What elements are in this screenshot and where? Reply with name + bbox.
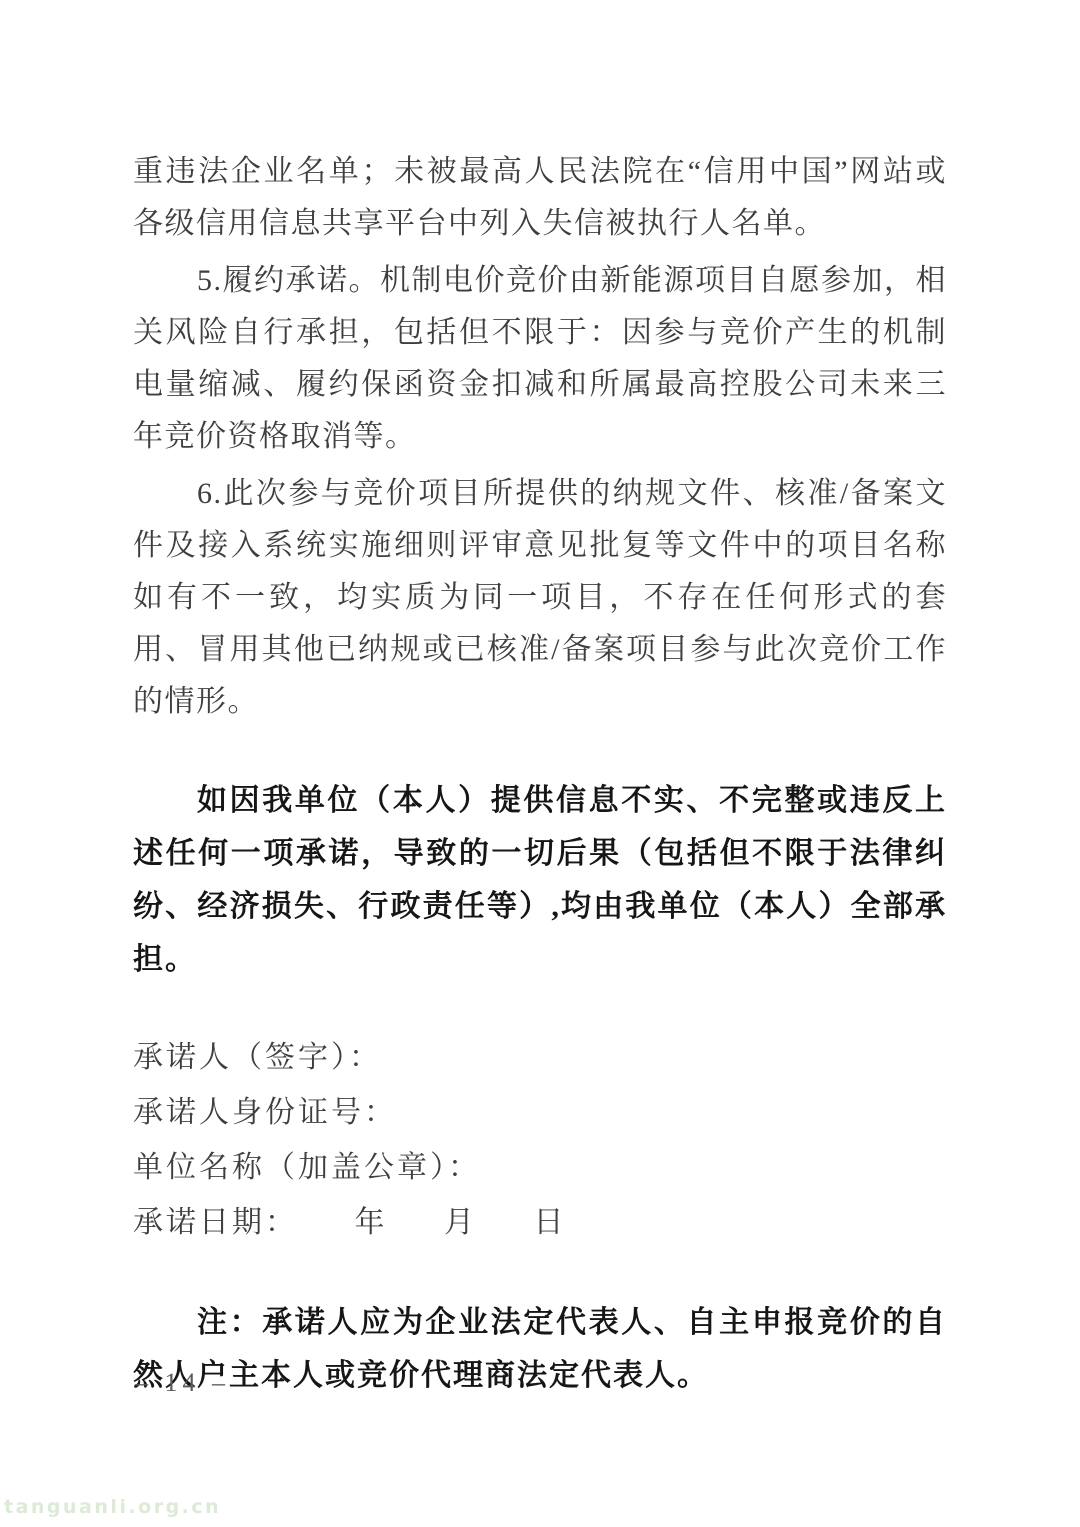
paragraph-item-6-project-name-consistency: 6.此次参与竞价项目所提供的纳规文件、核准/备案文件及接入系统实施细则评审意见批…	[133, 468, 947, 728]
document-page: 重违法企业名单；未被最高人民法院在“信用中国”网站或各级信用信息共享平台中列入失…	[0, 0, 1080, 1527]
note-paragraph: 注：承诺人应为企业法定代表人、自主申报竞价的自然人户主本人或竞价代理商法定代表人…	[133, 1296, 947, 1402]
month-label: 月	[444, 1206, 477, 1239]
paragraph-item-5-performance-commitment: 5.履约承诺。机制电价竞价由新能源项目自愿参加，相关风险自行承担，包括但不限于：…	[133, 255, 947, 463]
document-body: 重违法企业名单；未被最高人民法院在“信用中国”网站或各级信用信息共享平台中列入失…	[133, 146, 947, 1402]
org-name-seal-line: 单位名称（加盖公章）：	[133, 1140, 947, 1195]
day-label: 日	[534, 1206, 567, 1239]
date-label: 承诺日期：	[133, 1206, 298, 1239]
year-label: 年	[355, 1206, 388, 1239]
signer-id-number-line: 承诺人身份证号：	[133, 1085, 947, 1140]
paragraph-continuation: 重违法企业名单；未被最高人民法院在“信用中国”网站或各级信用信息共享平台中列入失…	[133, 146, 947, 250]
signature-block: 承诺人（签字）： 承诺人身份证号： 单位名称（加盖公章）： 承诺日期： 年 月 …	[133, 1030, 947, 1250]
commitment-date-line: 承诺日期： 年 月 日	[133, 1195, 947, 1250]
page-number: – 14 –	[135, 1368, 230, 1398]
liability-commitment-statement: 如因我单位（本人）提供信息不实、不完整或违反上述任何一项承诺，导致的一切后果（包…	[133, 774, 947, 986]
watermark-text: tanguanli.org.cn	[4, 1496, 221, 1518]
signer-signature-line: 承诺人（签字）：	[133, 1030, 947, 1085]
